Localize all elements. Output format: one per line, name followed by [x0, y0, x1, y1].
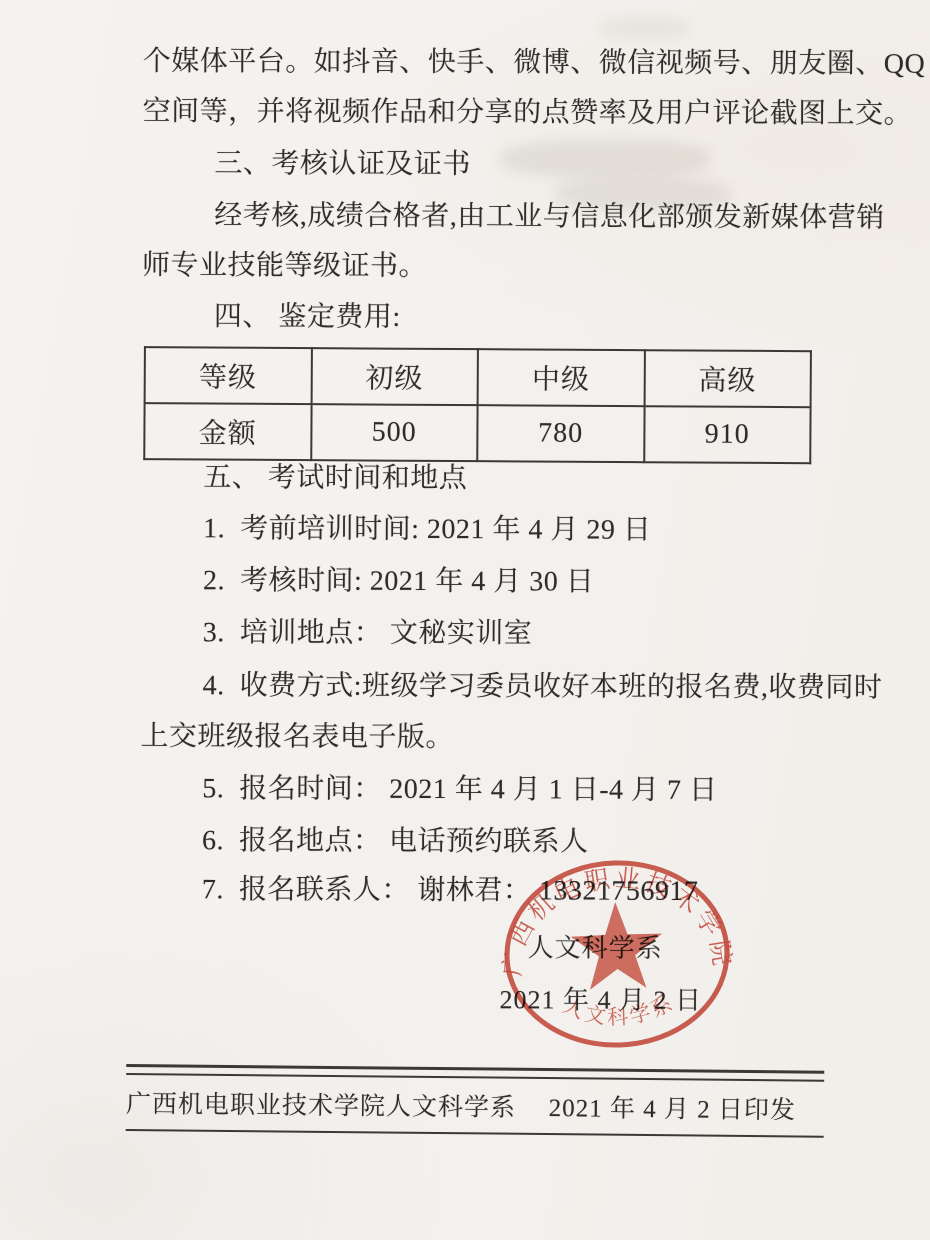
- list-item: 4. 收费方式:班级学习委员收好本班的报名费,收费同时: [203, 668, 883, 706]
- fee-table-header-cell: 等级: [145, 347, 312, 404]
- fee-table-cell: 780: [477, 405, 644, 462]
- scanned-document-page: 个媒体平台。如抖音、快手、微博、微信视频号、朋友圈、QQ 空间等，并将视频作品和…: [0, 0, 930, 1240]
- footer-bottom-rule: [126, 1128, 824, 1137]
- section3-body-line: 经考核,成绩合格者,由工业与信息化部颁发新媒体营销: [214, 198, 885, 236]
- fee-table-cell: 500: [311, 404, 478, 461]
- fee-table-header-cell: 高级: [644, 350, 811, 407]
- fee-table: 等级 初级 中级 高级 金额 500 780 910: [143, 346, 812, 464]
- section3-body-line: 师专业技能等级证书。: [142, 248, 427, 285]
- fee-table-cell: 金额: [144, 403, 311, 460]
- fee-table-cell: 910: [644, 406, 811, 463]
- list-item: 7. 报名联系人： 谢林君： 13321756917: [202, 872, 699, 910]
- list-item: 6. 报名地点： 电话预约联系人: [202, 823, 589, 860]
- footer-issuer: 广西机电职业技术学院人文科学系: [126, 1084, 516, 1124]
- fee-table-header-cell: 中级: [478, 349, 645, 406]
- list-item: 1. 考前培训时间: 2021 年 4 月 29 日: [203, 511, 651, 549]
- paragraph-line: 空间等，并将视频作品和分享的点赞率及用户评论截图上交。: [143, 94, 913, 133]
- section4-heading: 四、 鉴定费用:: [214, 299, 401, 336]
- footer-top-rule-thin: [126, 1073, 824, 1081]
- section3-heading: 三、考核认证及证书: [214, 146, 471, 183]
- footer-print-date: 2021 年 4 月 2 日印发: [549, 1088, 825, 1127]
- paragraph-line: 个媒体平台。如抖音、快手、微博、微信视频号、朋友圈、QQ: [143, 44, 926, 83]
- document-body: 个媒体平台。如抖音、快手、微博、微信视频号、朋友圈、QQ 空间等，并将视频作品和…: [139, 0, 843, 1102]
- fee-table-header-cell: 初级: [311, 348, 478, 405]
- list-item: 5. 报名时间： 2021 年 4 月 1 日-4 月 7 日: [202, 771, 717, 809]
- document-footer: 广西机电职业技术学院人文科学系 2021 年 4 月 2 日印发: [126, 1064, 825, 1138]
- list-item: 2. 考核时间: 2021 年 4 月 30 日: [203, 563, 594, 600]
- signature-department: 人文科学系: [528, 927, 663, 964]
- fee-table-header-row: 等级 初级 中级 高级: [145, 347, 811, 407]
- list-item: 3. 培训地点： 文秘实训室: [203, 615, 533, 652]
- section5-heading: 五、 考试时间和地点: [203, 460, 467, 497]
- fee-table-value-row: 金额 500 780 910: [144, 403, 810, 463]
- list-item-continuation: 上交班级报名表电子版。: [140, 719, 454, 756]
- signature-date: 2021 年 4 月 2 日: [499, 979, 702, 1017]
